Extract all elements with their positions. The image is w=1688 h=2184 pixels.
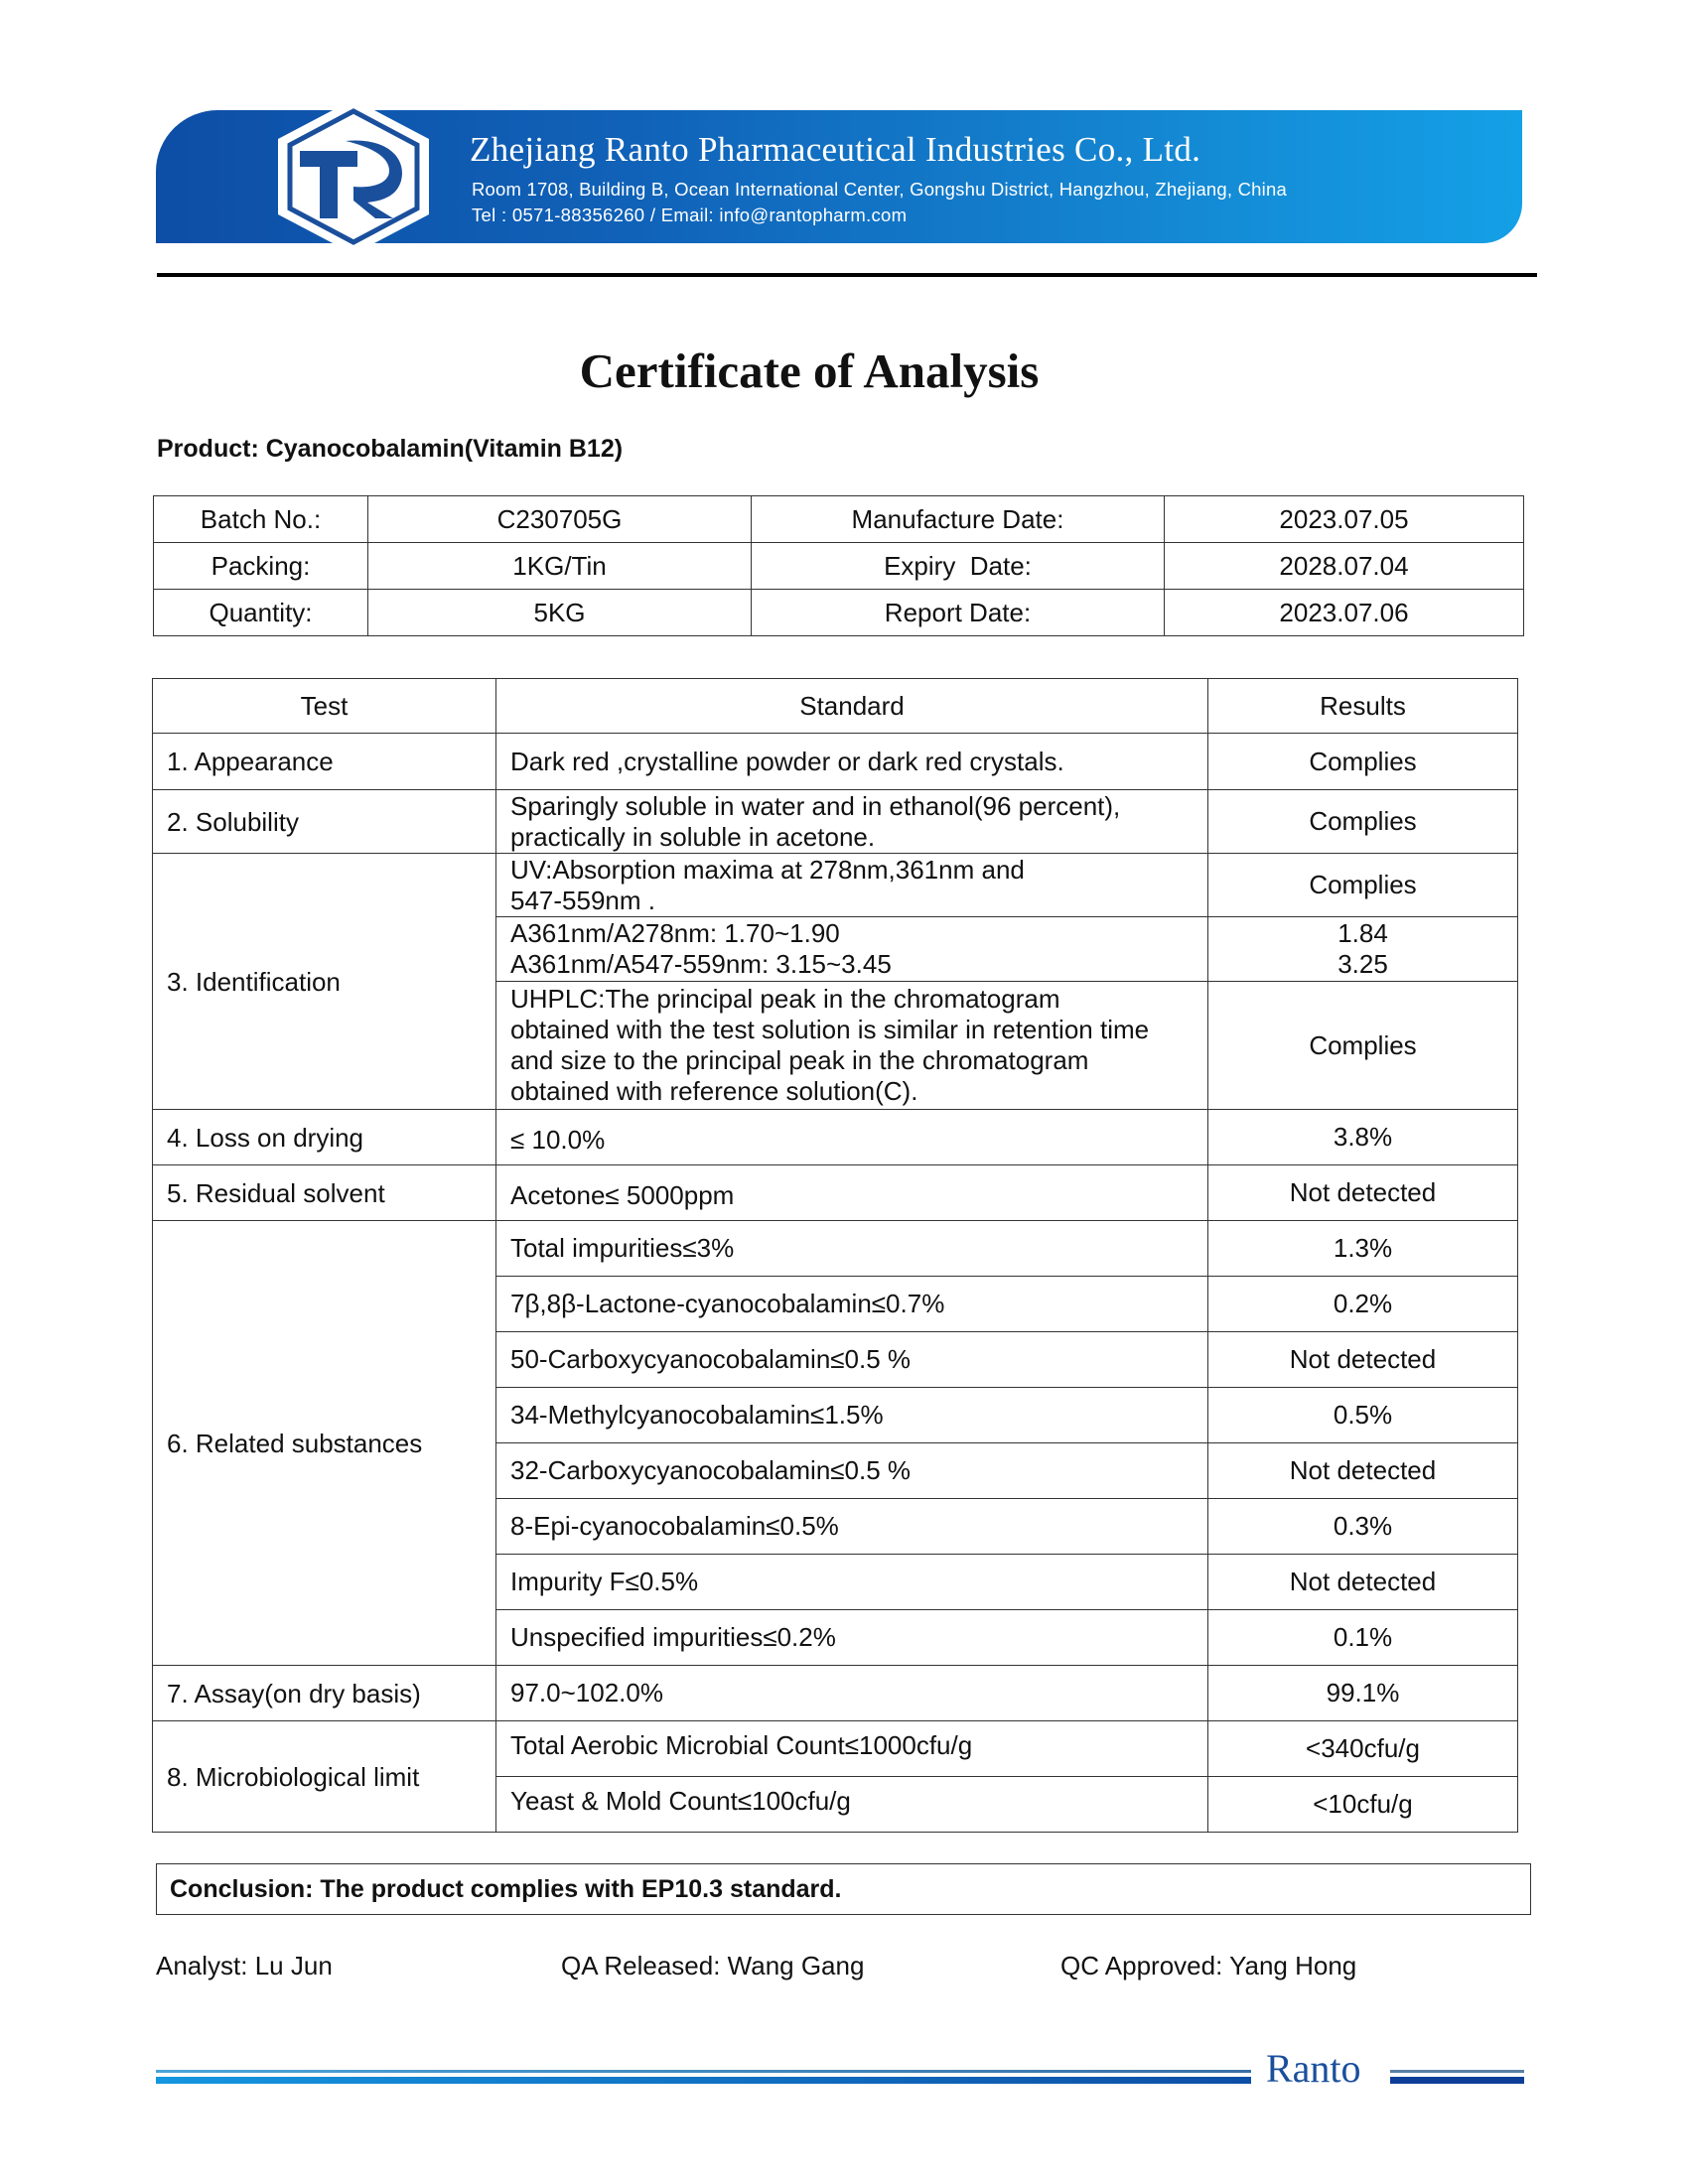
batch-info-table: Batch No.: C230705G Manufacture Date: 20…	[153, 495, 1524, 636]
table-row: 2. Solubility Sparingly soluble in water…	[153, 790, 1518, 854]
result-value: 1.3%	[1208, 1221, 1518, 1277]
result-value: Not detected	[1208, 1332, 1518, 1388]
analysis-table: Test Standard Results 1. Appearance Dark…	[152, 678, 1518, 1833]
footer-brand: Ranto	[1266, 2045, 1361, 2092]
result-value: 0.2%	[1208, 1277, 1518, 1332]
standard-line: UHPLC:The principal peak in the chromato…	[510, 984, 1207, 1015]
qa-signature: QA Released: Wang Gang	[561, 1951, 864, 1981]
result-value: 3.8%	[1208, 1110, 1518, 1165]
result-value: <10cfu/g	[1208, 1777, 1518, 1833]
table-row: Batch No.: C230705G Manufacture Date: 20…	[154, 496, 1524, 543]
result-line: 3.25	[1208, 949, 1517, 980]
batch-value: C230705G	[368, 496, 752, 543]
expiry-date-label: Expiry Date:	[752, 543, 1165, 590]
table-header-row: Test Standard Results	[153, 679, 1518, 734]
quantity-value: 5KG	[368, 590, 752, 636]
result-value: 99.1%	[1208, 1666, 1518, 1721]
standard-text: 32-Carboxycyanocobalamin≤0.5 %	[496, 1443, 1208, 1499]
result-value: 0.5%	[1208, 1388, 1518, 1443]
header-test: Test	[153, 679, 496, 734]
report-date-label: Report Date:	[752, 590, 1165, 636]
standard-text: 50-Carboxycyanocobalamin≤0.5 %	[496, 1332, 1208, 1388]
footer-rule	[1390, 2077, 1524, 2084]
standard-text: Yeast & Mold Count≤100cfu/g	[496, 1777, 1208, 1833]
test-name: 8. Microbiological limit	[153, 1721, 496, 1833]
test-name: 4. Loss on drying	[153, 1110, 496, 1165]
result-value: <340cfu/g	[1208, 1721, 1518, 1777]
standard-line: Sparingly soluble in water and in ethano…	[510, 791, 1207, 822]
company-name: Zhejiang Ranto Pharmaceutical Industries…	[470, 130, 1200, 170]
table-row: 3. Identification UV:Absorption maxima a…	[153, 854, 1518, 917]
standard-line: A361nm/A278nm: 1.70~1.90	[510, 918, 1207, 949]
standard-line: A361nm/A547-559nm: 3.15~3.45	[510, 949, 1207, 980]
test-name: 1. Appearance	[153, 734, 496, 790]
analyst-signature: Analyst: Lu Jun	[156, 1951, 333, 1981]
header-results: Results	[1208, 679, 1518, 734]
table-row: Packing: 1KG/Tin Expiry Date: 2028.07.04	[154, 543, 1524, 590]
table-row: Quantity: 5KG Report Date: 2023.07.06	[154, 590, 1524, 636]
standard-text: A361nm/A278nm: 1.70~1.90 A361nm/A547-559…	[496, 917, 1208, 982]
standard-text: 97.0~102.0%	[496, 1666, 1208, 1721]
standard-text: UHPLC:The principal peak in the chromato…	[496, 982, 1208, 1110]
test-name: 3. Identification	[153, 854, 496, 1110]
standard-line: obtained with reference solution(C).	[510, 1076, 1207, 1107]
standard-line: 547-559nm .	[510, 886, 1207, 916]
conclusion-box: Conclusion: The product complies with EP…	[156, 1863, 1531, 1915]
standard-text: Impurity F≤0.5%	[496, 1555, 1208, 1610]
result-line: 1.84	[1208, 918, 1517, 949]
table-row: 5. Residual solvent Acetone≤ 5000ppm Not…	[153, 1165, 1518, 1221]
standard-text: Total impurities≤3%	[496, 1221, 1208, 1277]
standard-text: Acetone≤ 5000ppm	[496, 1165, 1208, 1221]
header-divider	[157, 273, 1537, 277]
standard-text: Total Aerobic Microbial Count≤1000cfu/g	[496, 1721, 1208, 1777]
standard-text: UV:Absorption maxima at 278nm,361nm and …	[496, 854, 1208, 917]
standard-text: Unspecified impurities≤0.2%	[496, 1610, 1208, 1666]
table-row: 4. Loss on drying ≤ 10.0% 3.8%	[153, 1110, 1518, 1165]
standard-line: obtained with the test solution is simil…	[510, 1015, 1207, 1045]
standard-text: 7β,8β-Lactone-cyanocobalamin≤0.7%	[496, 1277, 1208, 1332]
packing-value: 1KG/Tin	[368, 543, 752, 590]
table-row: 1. Appearance Dark red ,crystalline powd…	[153, 734, 1518, 790]
manufacture-date-value: 2023.07.05	[1165, 496, 1524, 543]
standard-text: Dark red ,crystalline powder or dark red…	[496, 734, 1208, 790]
result-value: Complies	[1208, 790, 1518, 854]
report-date-value: 2023.07.06	[1165, 590, 1524, 636]
result-value: 1.84 3.25	[1208, 917, 1518, 982]
result-value: Complies	[1208, 982, 1518, 1110]
company-address: Room 1708, Building B, Ocean Internation…	[472, 179, 1287, 201]
manufacture-date-label: Manufacture Date:	[752, 496, 1165, 543]
standard-text: 8-Epi-cyanocobalamin≤0.5%	[496, 1499, 1208, 1555]
product-name: Product: Cyanocobalamin(Vitamin B12)	[157, 435, 623, 464]
test-name: 7. Assay(on dry basis)	[153, 1666, 496, 1721]
standard-text: ≤ 10.0%	[496, 1110, 1208, 1165]
standard-line: and size to the principal peak in the ch…	[510, 1045, 1207, 1076]
batch-label: Batch No.:	[154, 496, 368, 543]
tr-hexagon-logo-icon	[268, 95, 439, 258]
table-row: 7. Assay(on dry basis) 97.0~102.0% 99.1%	[153, 1666, 1518, 1721]
footer-rule	[156, 2070, 1251, 2073]
header-standard: Standard	[496, 679, 1208, 734]
document-title: Certificate of Analysis	[0, 342, 1618, 399]
result-value: Not detected	[1208, 1555, 1518, 1610]
footer-rule	[156, 2077, 1251, 2084]
result-value: Not detected	[1208, 1443, 1518, 1499]
result-value: 0.3%	[1208, 1499, 1518, 1555]
result-value: Not detected	[1208, 1165, 1518, 1221]
standard-text: Sparingly soluble in water and in ethano…	[496, 790, 1208, 854]
result-value: Complies	[1208, 734, 1518, 790]
standard-line: UV:Absorption maxima at 278nm,361nm and	[510, 855, 1207, 886]
table-row: 6. Related substances Total impurities≤3…	[153, 1221, 1518, 1277]
quantity-label: Quantity:	[154, 590, 368, 636]
result-value: 0.1%	[1208, 1610, 1518, 1666]
test-name: 6. Related substances	[153, 1221, 496, 1666]
standard-text: 34-Methylcyanocobalamin≤1.5%	[496, 1388, 1208, 1443]
packing-label: Packing:	[154, 543, 368, 590]
result-value: Complies	[1208, 854, 1518, 917]
company-contact: Tel : 0571-88356260 / Email: info@rantop…	[472, 205, 907, 226]
table-row: 8. Microbiological limit Total Aerobic M…	[153, 1721, 1518, 1777]
standard-line: practically in soluble in acetone.	[510, 822, 1207, 853]
expiry-date-value: 2028.07.04	[1165, 543, 1524, 590]
qc-signature: QC Approved: Yang Hong	[1060, 1951, 1356, 1981]
footer-rule	[1390, 2070, 1524, 2073]
test-name: 5. Residual solvent	[153, 1165, 496, 1221]
test-name: 2. Solubility	[153, 790, 496, 854]
